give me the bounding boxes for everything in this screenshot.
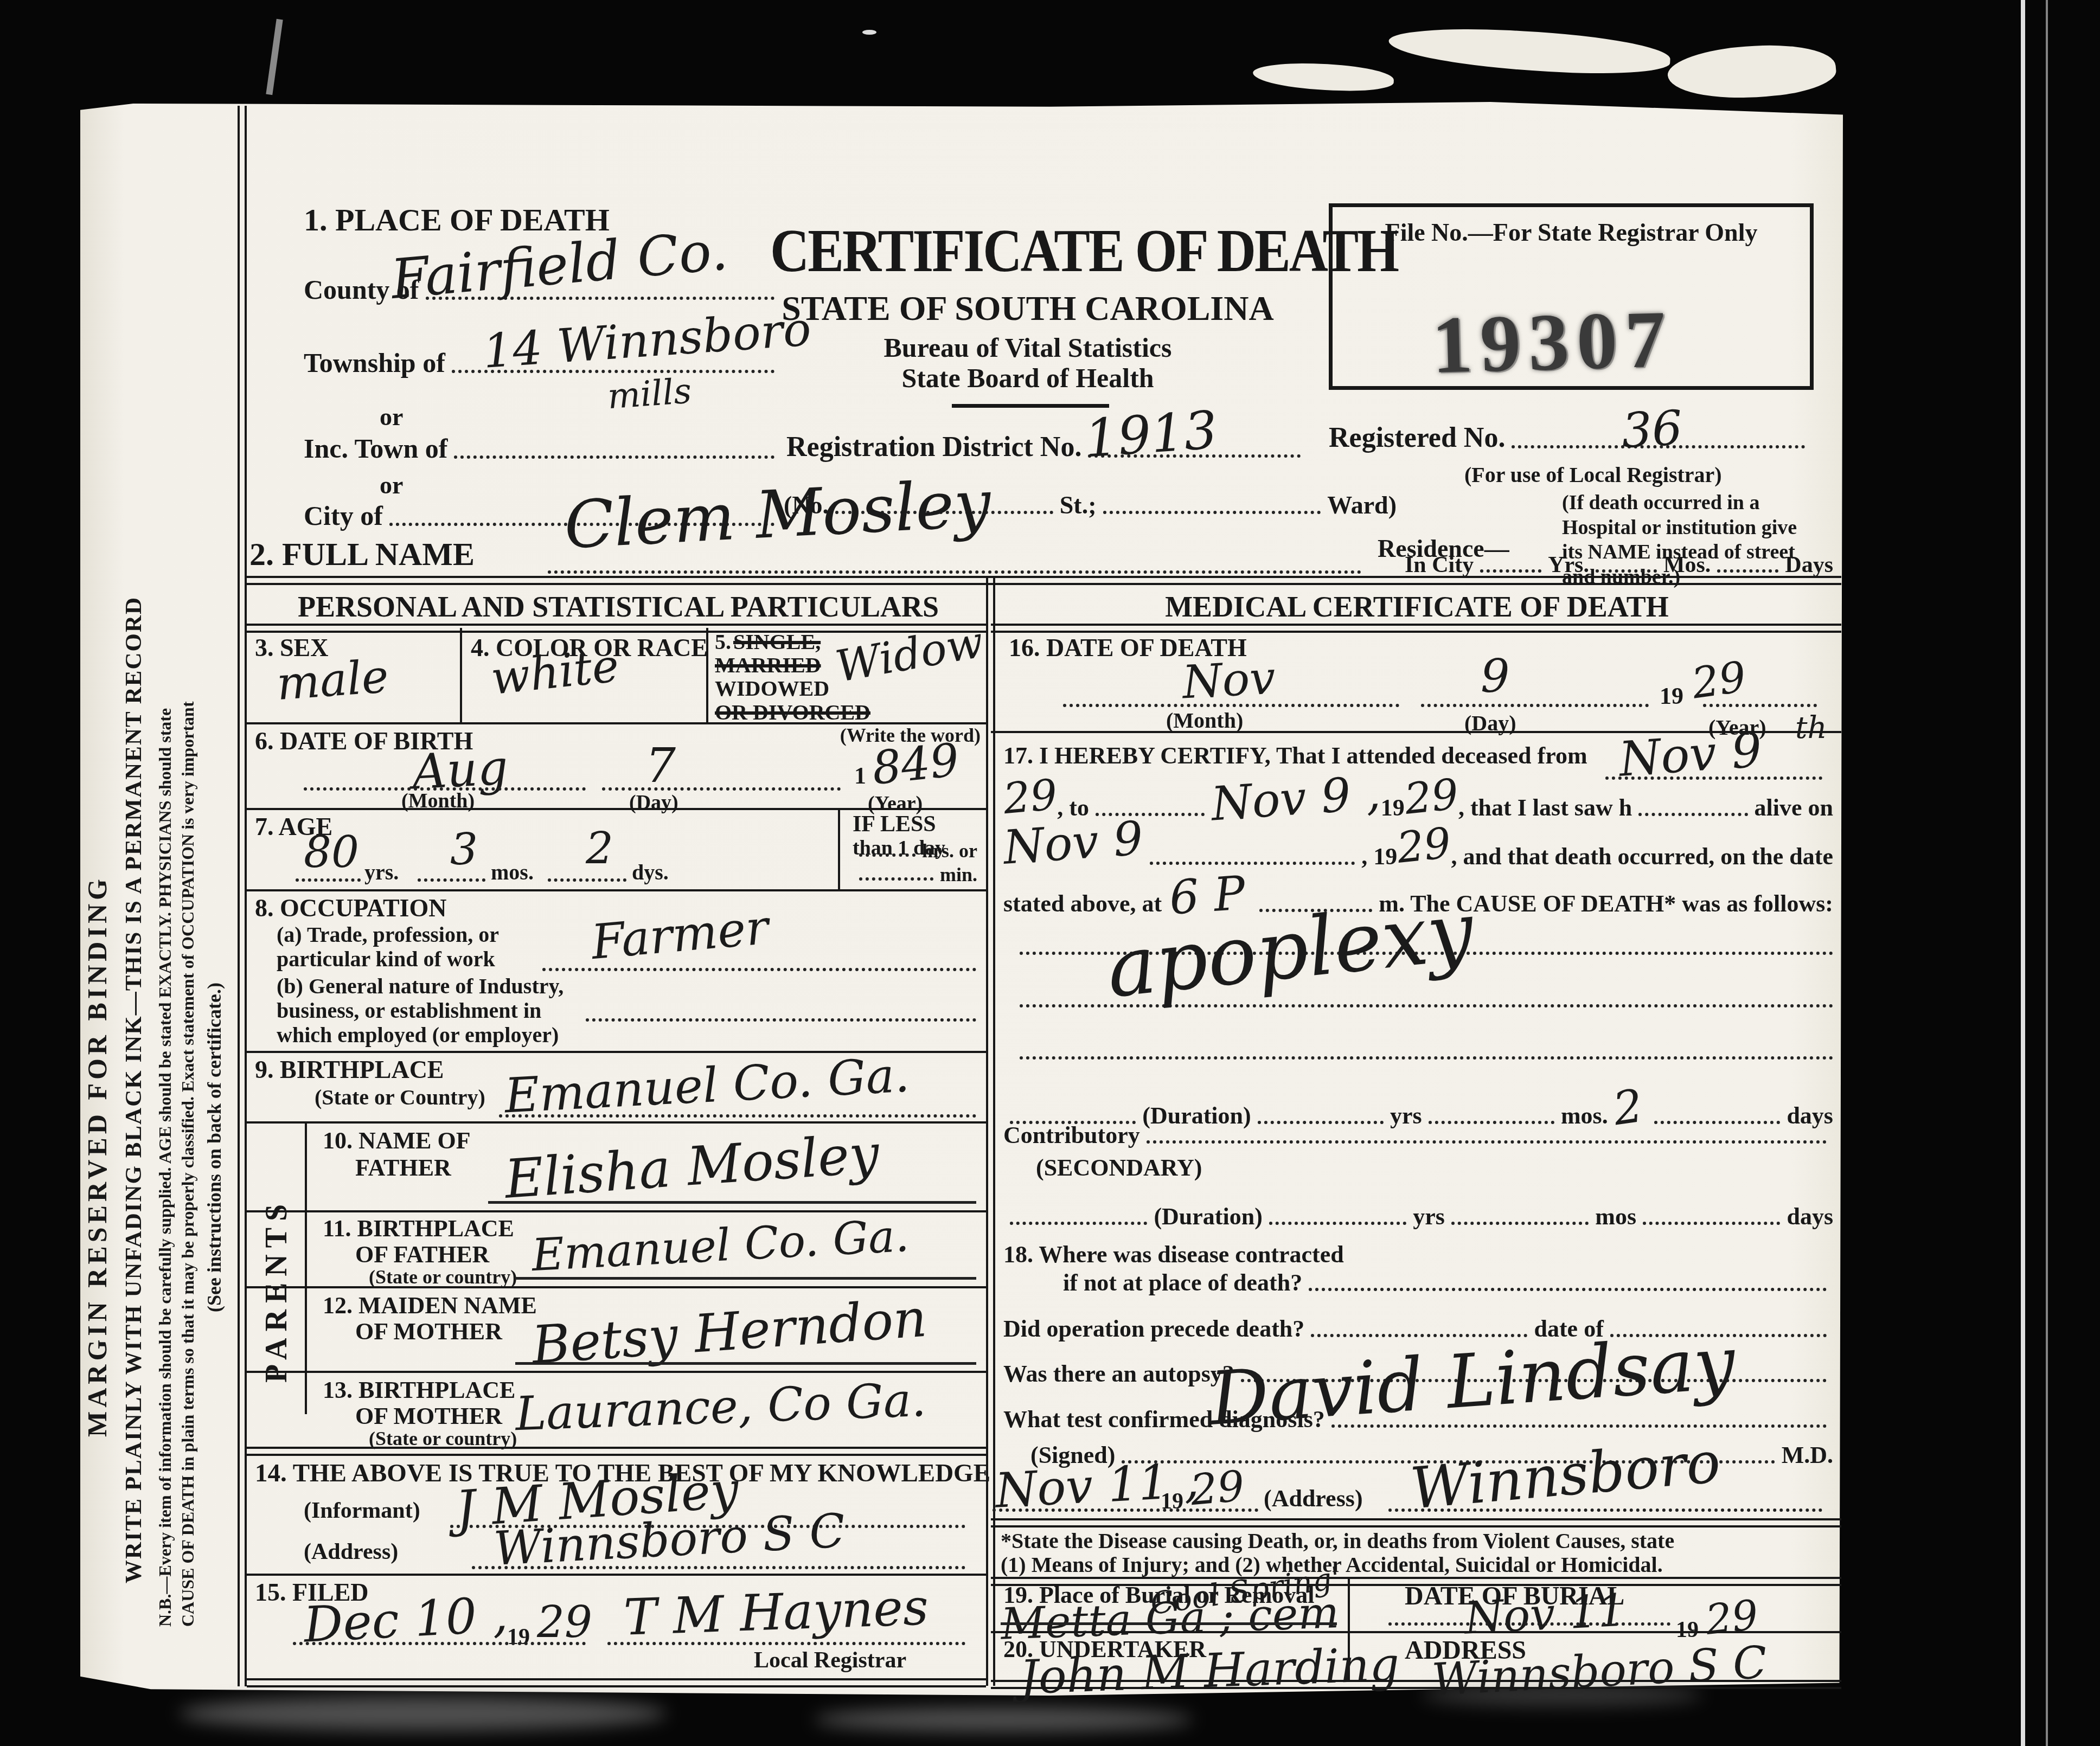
dotted-line [1388,1509,1822,1512]
burial-year-printed: 19 [1676,1617,1699,1643]
dod-year-value: 29 [1689,653,1749,709]
autopsy-label: Was there an autopsy? [1003,1360,1234,1388]
age-yrs-caption: yrs. [364,859,399,885]
dotted-line [859,876,933,881]
local-registrar-signature: T M Haynes [623,1578,929,1647]
min-caption: min. [940,863,977,886]
dod-month-value: Nov [1181,651,1277,709]
filed-year-value: 29 [537,1597,592,1647]
write-line [515,1277,976,1280]
scan-speck [862,30,876,35]
registered-no-label: Registered No. [1329,422,1505,454]
parents-label: PARENTS [259,1155,294,1383]
row-rule [991,1631,1841,1633]
personal-section-title: PERSONAL AND STATISTICAL PARTICULARS [255,590,982,624]
if-less-caption1: IF LESS [853,811,936,837]
dotted-line [1388,1622,1670,1626]
contributory-label: Contributory [1003,1121,1140,1149]
informant-address-caption: (Address) [304,1539,398,1565]
marital-single: SINGLE, [733,630,821,654]
local-registrar-caption: Local Registrar [754,1647,906,1673]
contributory-row: Contributory [1003,1121,1833,1149]
row-rule [247,1574,986,1576]
father-bp-caption: (State or country) [369,1266,517,1288]
dotted-line [499,1114,976,1118]
registration-district-row: Registration District No. [786,431,1307,463]
dotted-line [1147,1139,1827,1144]
dotted-line [472,1566,965,1569]
mother-bp-label1: 13. BIRTHPLACE [323,1376,515,1404]
township-value-handwriting2: mills [606,371,693,418]
dotted-line [454,454,774,459]
father-label2: FATHER [355,1154,451,1182]
write-line [1001,1622,1337,1625]
dotted-line [542,968,976,971]
scan-smudge [814,1707,1193,1732]
dotted-line [859,852,915,857]
ward-label: Ward) [1327,491,1397,519]
dotted-line [1010,1221,1147,1225]
sex-value: male [275,650,390,710]
dotted-line [1451,1221,1589,1225]
stated-above-text: stated above, at [1003,890,1162,917]
mother-bp-label2: OF MOTHER [355,1402,502,1430]
file-number-stamp: 19307 [1431,292,1674,392]
section-divider-rule [991,1518,1841,1527]
burial-year-value: 29 [1704,1590,1760,1644]
bureau-line: Bureau of Vital Statistics [770,332,1285,363]
certify-from-suffix: th [1795,710,1827,746]
dotted-line [1638,812,1747,816]
section-divider-rule [247,576,1841,585]
q18-line2-row: if not at place of death? [1063,1269,1833,1296]
section-divider-rule [247,1447,986,1456]
marital-widowed: WIDOWED [715,676,829,701]
residence-duration-row: In City Yrs. Mos. Days [1405,552,1833,578]
torn-paper-wisp [1387,24,1671,78]
medical-section-title: MEDICAL CERTIFICATE OF DEATH [998,590,1836,624]
or-word: or [380,402,403,431]
or-word: or [380,471,403,499]
dod-day-value: 9 [1481,650,1509,703]
birthplace-label: 9. BIRTHPLACE [255,1055,444,1084]
row-rule [247,722,986,724]
write-line [515,1362,976,1365]
dotted-line [993,1509,1258,1512]
dotted-line [1643,1221,1780,1225]
dod-year-printed: 19 [1660,682,1683,710]
age-mos-caption: mos. [491,859,534,885]
dotted-line [1717,568,1778,573]
in-city-label: In City [1405,552,1474,578]
certify-line3: Nov 9 , 19 29 , and that death occurred,… [1003,816,1833,870]
section-divider-rule [247,1678,986,1687]
margin-reserved-note: MARGIN RESERVED FOR BINDING [81,461,113,1437]
dotted-line [1703,704,1817,707]
occupation-a1: (a) Trade, profession, or [277,922,499,947]
dotted-line [1020,1056,1833,1060]
father-label1: 10. NAME OF [323,1127,471,1154]
write-line [488,1201,976,1204]
secondary-label: (SECONDARY) [1036,1154,1202,1182]
nb-note-line2: CAUSE OF DEATH in plain terms so that it… [178,282,198,1627]
registration-district-label: Registration District No. [786,431,1081,463]
signed-year-value: 29 [1188,1462,1246,1515]
board-line: State Board of Health [770,362,1285,394]
city-label: City of [304,500,383,531]
birthplace-caption: (State or Country) [315,1084,485,1110]
occupation-b1: (b) General nature of Industry, [277,973,564,999]
scratch-mark [266,19,283,95]
dob-day-value: 7 [645,737,676,793]
inc-town-row: Inc. Town of [304,433,781,464]
row-rule [247,889,986,891]
certificate-title: CERTIFICATE OF DEATH [770,216,1285,286]
local-registrar-use-note: (For use of Local Registrar) [1464,462,1722,487]
mother-label2: OF MOTHER [355,1318,502,1345]
scan-smudge [179,1696,667,1731]
dotted-line [1103,510,1321,514]
marital-married: MARRIED [715,653,821,677]
registered-no-value: 36 [1620,400,1683,459]
dotted-line [1421,704,1649,707]
dotted-line [296,878,361,882]
row-rule [247,808,986,810]
dod-month-caption: (Month) [1166,708,1243,733]
hrs-row: hrs. or [853,839,977,862]
write-plainly-note: WRITE PLAINLY WITH UNFADING BLACK INK—TH… [120,282,147,1583]
q18-line2: if not at place of death? [1063,1269,1302,1296]
footnote-line1: *State the Disease causing Death, or, in… [1001,1528,1674,1554]
duration2-caption: (Duration) [1154,1203,1262,1230]
divider-rule [952,404,1109,408]
parents-divider [305,1121,307,1414]
st-label: St.; [1060,491,1097,519]
dob-year-value: 849 [869,733,962,795]
row-rule [247,1371,986,1373]
yrs-label: Yrs. [1548,552,1589,578]
duration2-yrs-caption: yrs [1413,1203,1445,1230]
torn-paper-wisp [1666,39,1838,105]
section-divider-rule [991,624,1841,633]
dotted-line [418,878,485,882]
dotted-line [586,1018,976,1022]
age-dys-value: 2 [586,823,613,874]
binding-margin-rule [238,106,247,1686]
informant-caption: (Informant) [304,1498,420,1524]
duration2-mos-caption: mos [1595,1203,1636,1230]
mother-label1: 12. MAIDEN NAME [323,1292,537,1319]
dotted-line [607,1642,965,1645]
father-bp-label1: 11. BIRTHPLACE [323,1215,514,1242]
age-mos-value: 3 [450,824,478,875]
occupation-b3: which employed (or employer) [277,1022,559,1048]
dotted-line [293,1642,586,1645]
film-streak [2046,0,2048,1746]
dotted-line [1269,1221,1406,1225]
cell-divider [838,808,840,889]
day-caption: (Day) [629,791,678,814]
nb-note-line1: N.B.—Every item of information should be… [155,282,175,1627]
md-label: M.D. [1782,1441,1833,1469]
duration-row-secondary: (Duration) yrs mos days [1003,1203,1833,1230]
dotted-line [1480,568,1541,573]
marital-number: 5. [715,630,731,654]
dotted-line [548,878,626,882]
file-number-label: File No.—For State Registrar Only [1333,207,1810,247]
age-dys-caption: dys. [632,859,669,885]
q18-line1: 18. Where was disease contracted [1003,1241,1344,1268]
days-label: Days [1785,552,1833,578]
section-divider-rule [991,1680,1841,1689]
cell-divider [460,628,462,722]
dotted-line [1063,704,1399,707]
occupation-a2: particular kind of work [277,946,495,972]
dotted-line [1309,1287,1827,1291]
torn-paper-wisp [1252,61,1394,92]
occupation-b2: business, or establishment in [277,998,541,1023]
duration2-days-caption: days [1787,1203,1833,1230]
registered-no-row: Registered No. [1329,422,1811,454]
full-name-label: 2. FULL NAME [249,536,475,573]
age-yrs-value: 80 [304,827,359,877]
occupation-label: 8. OCCUPATION [255,894,447,922]
township-label: Township of [304,347,445,378]
row-rule [247,1286,986,1288]
signed-address-caption: (Address) [1264,1485,1363,1512]
state-title: STATE OF SOUTH CAROLINA [770,288,1285,329]
certify-line1: 17. I HEREBY CERTIFY, That I attended de… [1003,742,1587,769]
see-instructions-note: (See instructions on back of certificate… [203,716,226,1312]
marital-divorced: OR DIVORCED [715,700,870,724]
dotted-line [1596,568,1657,573]
dob-year-printed: 1 [854,762,866,789]
hrs-caption: hrs. or [922,839,977,862]
dotted-line [548,570,1361,574]
filed-year-printed: 19 [507,1624,530,1650]
father-bp-label2: OF FATHER [355,1241,489,1268]
operation-label: Did operation precede death? [1003,1315,1304,1343]
min-row: min. [853,863,977,886]
mos-label: Mos. [1663,552,1711,578]
film-streak [2021,0,2025,1746]
inc-town-label: Inc. Town of [304,433,447,464]
registration-district-value: 1913 [1083,400,1219,470]
scanned-death-certificate: MARGIN RESERVED FOR BINDING WRITE PLAINL… [0,0,2100,1746]
